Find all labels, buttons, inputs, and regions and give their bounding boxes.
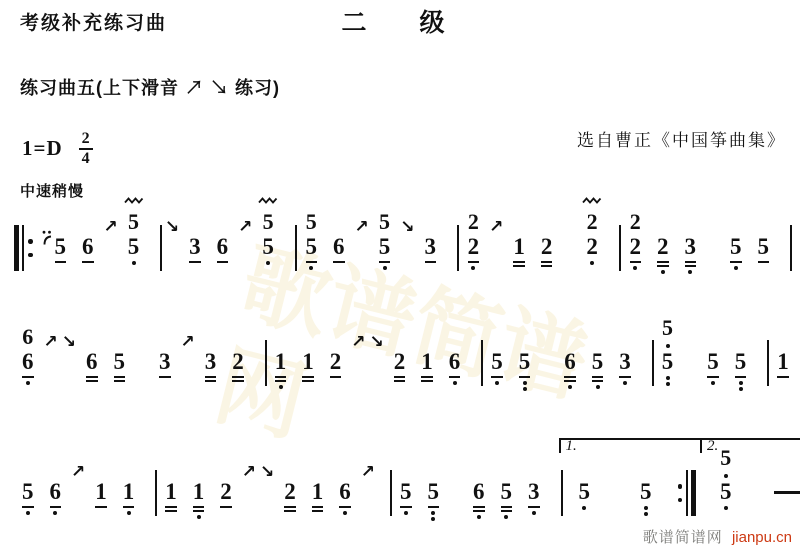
note-value: 1 [95, 480, 107, 503]
beam-line [275, 376, 287, 378]
beam-line [592, 376, 604, 378]
note: 5 [420, 480, 448, 521]
beam-group: 3 [151, 350, 179, 378]
note: 6 [465, 480, 493, 519]
repeat-end-barline [674, 470, 697, 516]
octave-dots [623, 381, 627, 385]
score-line: 56↗55↘36↗55556↗55↘322↗1222222355 [14, 199, 792, 274]
note: 1 [267, 350, 295, 389]
beam-line [421, 376, 433, 378]
note: 2 [276, 480, 304, 512]
beam-group: 55 [483, 350, 538, 391]
stacked-note-value: 5 [379, 211, 390, 233]
beam-group: 22 [460, 235, 488, 270]
note-value: 5 [592, 350, 604, 373]
note: 5 [483, 350, 511, 385]
repeat-start-barline [14, 225, 37, 271]
note-value: 5 [491, 350, 503, 373]
beam-line [564, 376, 576, 378]
beam-group: 653 [556, 350, 639, 389]
beam-line [50, 506, 62, 508]
gliss-up-arrow-icon: ↗ [238, 219, 252, 236]
note-value: 5 [22, 480, 34, 503]
stacked-note-value: 6 [22, 326, 33, 348]
note: 22 [622, 235, 650, 270]
gliss-down-arrow-icon: ↘ [400, 219, 414, 236]
beam-group: 55 [254, 235, 282, 265]
stacked-upper-note: 5 [371, 211, 399, 233]
note-value: 5 [501, 480, 513, 503]
beam-line [159, 376, 171, 378]
octave-dot [582, 506, 586, 510]
beam-group: 55 [699, 350, 754, 391]
beam-line [400, 506, 412, 508]
volta-bracket: 1. [559, 438, 703, 453]
measure: ↘36↗55 [163, 235, 297, 271]
watermark-site-name: 歌谱简谱网 [643, 529, 723, 546]
note-value: 1 [513, 235, 525, 258]
octave-dots [523, 381, 527, 391]
beam-line [394, 380, 406, 382]
note-value: 1 [302, 350, 314, 373]
octave-dots [688, 270, 692, 274]
note-value: 2 [394, 350, 406, 373]
note-value: 6 [473, 480, 485, 503]
beam-group: 55 [654, 350, 682, 386]
octave-dot [633, 266, 637, 270]
octave-dot [343, 511, 347, 515]
measure: 56↗11 [14, 480, 157, 516]
note: 5 [392, 480, 420, 515]
octave-dots [26, 511, 30, 515]
beam-line [95, 506, 107, 508]
note-value: 1 [777, 350, 789, 373]
gliss-up-arrow-icon: ↗ [355, 219, 369, 236]
octave-dots [132, 261, 136, 265]
note-value: 6 [449, 350, 461, 373]
gliss-down-arrow-icon: ↘ [62, 334, 76, 351]
octave-dot [26, 381, 30, 385]
note: 3 [611, 350, 639, 385]
note-value: 5 [428, 480, 440, 503]
octave-dots [711, 381, 715, 385]
stacked-upper-note: 5 [654, 317, 682, 348]
gliss-up-arrow-icon: ↗ [242, 464, 256, 481]
note: 5 [106, 350, 134, 382]
note: 2 [224, 350, 252, 382]
octave-dots [26, 381, 30, 385]
beam-group: 55 [392, 480, 447, 521]
beam-line [275, 380, 287, 382]
note-value: 1 [421, 350, 433, 373]
octave-dot [471, 266, 475, 270]
measure: 2.55 [704, 480, 800, 516]
octave-dots [734, 266, 738, 270]
note: 6 [325, 235, 353, 263]
note-value: 1 [123, 480, 135, 503]
octave-dots [383, 266, 387, 270]
beam-line [86, 376, 98, 378]
beam-group: 66 [14, 350, 42, 385]
beam-group: 36 [181, 235, 236, 263]
note-value: 5 [640, 480, 652, 503]
stacked-upper-note: 5 [712, 447, 740, 478]
gliss-down-arrow-icon: ↘ [260, 464, 274, 481]
octave-dots [453, 381, 457, 385]
octave-dots [197, 515, 201, 519]
octave-dots [431, 511, 435, 521]
beam-line [491, 376, 503, 378]
score-line: 66↗↘653↗32112↗↘2165565355551111 [14, 314, 792, 391]
note: 55 [371, 235, 399, 270]
note: 2 [649, 235, 677, 274]
octave-dot [383, 266, 387, 270]
beam-line [528, 506, 540, 508]
beam-group: 55 [371, 235, 399, 270]
beam-line [193, 506, 205, 508]
footer-watermark: 歌谱简谱网 jianpu.cn [643, 526, 792, 547]
octave-dots [596, 385, 600, 389]
beam-line [541, 261, 553, 263]
measure: 56↗55 [14, 235, 162, 271]
beam-line [758, 261, 770, 263]
octave-dot [532, 511, 536, 515]
beam-line [205, 380, 217, 382]
vibrato-icon [582, 191, 602, 209]
repeat-dot [678, 484, 683, 489]
octave-dots [471, 266, 475, 270]
beam-line [217, 261, 229, 263]
note: 5 [571, 480, 599, 510]
note: 5 [14, 480, 42, 515]
octave-dots [504, 515, 508, 519]
note-value: 2 [630, 235, 642, 258]
beam-line [619, 376, 631, 378]
note: 6 [556, 350, 584, 389]
beam-line [513, 261, 525, 263]
note-value: 5 [55, 235, 67, 258]
octave-dots [724, 506, 728, 510]
octave-dot [477, 515, 481, 519]
beam-line [394, 376, 406, 378]
measure: 55653 [392, 480, 563, 521]
octave-dot [504, 515, 508, 519]
note: 2 [212, 480, 240, 508]
note-value: 3 [425, 235, 437, 258]
octave-dot [623, 381, 627, 385]
page-title: 二 级 [0, 3, 800, 39]
beam-group: 55 [712, 480, 740, 510]
note: 1 [505, 235, 533, 267]
beam-line [165, 506, 177, 508]
stacked-note-value: 5 [662, 317, 673, 339]
note: 5 [699, 350, 727, 385]
note: 6 [74, 235, 102, 263]
note-value: 5 [262, 235, 274, 258]
note: 5 [584, 350, 612, 389]
beam-group: 112 [267, 350, 350, 389]
note: 3 [520, 480, 548, 515]
note: 6 [441, 350, 469, 385]
stacked-note-value: 2 [468, 211, 479, 233]
beam-line [82, 261, 94, 263]
note: 6 [209, 235, 237, 263]
note: 5 [750, 235, 778, 263]
beam-group: 556 [298, 235, 353, 270]
source-credit: 选自曹正《中国筝曲集》 [577, 126, 786, 151]
note: 3 [181, 235, 209, 263]
note-value: 2 [468, 235, 480, 258]
octave-dot [688, 270, 692, 274]
beam-line [473, 506, 485, 508]
beam-group: 3 [417, 235, 445, 263]
note: 2 [533, 235, 561, 267]
octave-dots [582, 506, 586, 510]
note: 1 [413, 350, 441, 382]
octave-dots [644, 506, 648, 516]
note: 2 [322, 350, 350, 378]
octave-dots [477, 515, 481, 519]
measure: 112↗↘216 [267, 350, 484, 389]
note-value: 5 [114, 350, 126, 373]
octave-dot [666, 376, 670, 380]
note: 3 [677, 235, 705, 274]
octave-dot [739, 387, 743, 391]
octave-dot [724, 506, 728, 510]
note-value: 5 [707, 350, 719, 373]
dash-note [774, 491, 800, 494]
note: 2 [386, 350, 414, 382]
volta-label: 1. [566, 439, 577, 454]
beam-line [735, 376, 747, 378]
note: 55 [654, 350, 682, 386]
beam-line [284, 510, 296, 512]
note-value: 3 [189, 235, 201, 258]
note-value: 3 [619, 350, 631, 373]
meter-numerator: 2 [79, 130, 93, 150]
beam-line [284, 506, 296, 508]
measure: 1111 [769, 350, 800, 386]
gliss-up-arrow-icon: ↗ [104, 219, 118, 236]
beam-line [232, 376, 244, 378]
gliss-up-arrow-icon: ↗ [351, 334, 365, 351]
note-value: 3 [685, 235, 697, 258]
note: 55 [712, 480, 740, 510]
note: 22 [578, 235, 606, 265]
note: 1 [294, 350, 322, 382]
huazhi-ornament-icon [40, 230, 53, 246]
measure: 55653 [483, 350, 654, 391]
beam-line [707, 376, 719, 378]
note: 5 [493, 480, 521, 519]
beam-group: 653 [465, 480, 548, 519]
note-value: 2 [232, 350, 244, 373]
beam-line [513, 265, 525, 267]
octave-dot [590, 261, 594, 265]
stacked-upper-note: 5 [254, 191, 282, 233]
stacked-note-value: 2 [587, 211, 598, 233]
note-value: 5 [720, 480, 732, 503]
octave-dot [127, 511, 131, 515]
beam-line [193, 510, 205, 512]
beam-line [564, 380, 576, 382]
note-value: 1 [165, 480, 177, 503]
note: 5 [511, 350, 539, 391]
octave-dot [568, 385, 572, 389]
beam-line [123, 506, 135, 508]
note-value: 2 [220, 480, 232, 503]
gliss-up-arrow-icon: ↗ [181, 334, 195, 351]
octave-dot [711, 381, 715, 385]
octave-dots [404, 511, 408, 515]
note: 3 [197, 350, 225, 382]
beam-line [501, 506, 513, 508]
note: 55 [120, 235, 148, 265]
score-line: 56↗11112↗↘216↗556531.552.55 [14, 444, 792, 521]
stacked-upper-note: 2 [460, 211, 488, 233]
note-value: 1 [312, 480, 324, 503]
beam-line [86, 380, 98, 382]
beam-line [232, 380, 244, 382]
note: 22 [460, 235, 488, 270]
beam-line [449, 376, 461, 378]
stacked-upper-note: 6 [14, 326, 42, 348]
repeat-dot [28, 253, 33, 258]
note-value: 6 [564, 350, 576, 373]
beam-line [306, 261, 318, 263]
beam-line [22, 376, 34, 378]
beam-line [519, 376, 531, 378]
octave-dot [495, 381, 499, 385]
note: 1 [304, 480, 332, 512]
octave-dots [495, 381, 499, 385]
octave-dot [734, 266, 738, 270]
beam-line [312, 510, 324, 512]
tempo-marking: 中速稍慢 [20, 180, 84, 201]
beam-group: 5 [571, 480, 599, 510]
beam-line [333, 261, 345, 263]
gliss-up-arrow-icon: ↗ [489, 219, 503, 236]
beam-group: 56 [14, 480, 69, 515]
note-value: 3 [528, 480, 540, 503]
meter-denominator: 4 [82, 150, 90, 168]
beam-line [55, 261, 67, 263]
beam-line [468, 261, 480, 263]
note-value: 5 [379, 235, 391, 258]
octave-dot [431, 517, 435, 521]
octave-dot [596, 385, 600, 389]
octave-dots [279, 385, 283, 389]
beam-group: 11 [87, 480, 142, 515]
key-signature: 1=D 2 4 [22, 130, 93, 167]
note: 3 [417, 235, 445, 263]
repeat-dots [28, 225, 33, 271]
beam-group: 32 [197, 350, 252, 382]
beam-line [657, 265, 669, 267]
beam-group: 11 [769, 350, 800, 385]
watermark-site-url: jianpu.cn [732, 529, 792, 546]
note-value: 6 [86, 350, 98, 373]
barline [790, 225, 792, 271]
beam-line [302, 376, 314, 378]
note-value: 2 [330, 350, 342, 373]
octave-dots [739, 381, 743, 391]
beam-line [114, 380, 126, 382]
octave-dot [724, 474, 728, 478]
beam-group: 216 [386, 350, 469, 385]
octave-dot [309, 266, 313, 270]
note-value: 6 [333, 235, 345, 258]
beam-line [205, 376, 217, 378]
beam-group: 56 [47, 235, 102, 263]
octave-dot [661, 270, 665, 274]
note-value: 5 [758, 235, 770, 258]
note-value: 3 [159, 350, 171, 373]
measure: 66↗↘653↗32 [14, 350, 267, 386]
note-value: 5 [735, 350, 747, 373]
note: 5 [47, 235, 75, 263]
exercise-subtitle: 练习曲五(上下滑音 ↗ ↘ 练习) [20, 74, 280, 100]
gliss-down-arrow-icon: ↘ [370, 334, 384, 351]
beam-group: 55 [120, 235, 148, 265]
octave-dots [127, 511, 131, 515]
beam-line [657, 261, 669, 263]
beam-line [379, 261, 391, 263]
octave-dot [453, 381, 457, 385]
note-value: 5 [519, 350, 531, 373]
note-value: 6 [82, 235, 94, 258]
beam-line [421, 380, 433, 382]
beam-line [592, 380, 604, 382]
octave-dots [343, 511, 347, 515]
beam-group: 55 [722, 235, 777, 270]
note-value: 5 [400, 480, 412, 503]
repeat-dot [28, 239, 33, 244]
note: 5 [632, 480, 660, 516]
gliss-down-arrow-icon: ↘ [165, 219, 179, 236]
measure: 22↗1222 [460, 235, 621, 271]
note: 5 [722, 235, 750, 270]
note-value: 6 [50, 480, 62, 503]
beam-line [730, 261, 742, 263]
octave-dot [26, 511, 30, 515]
note-value: 5 [579, 480, 591, 503]
gliss-up-arrow-icon: ↗ [44, 334, 58, 351]
note-value: 1 [275, 350, 287, 373]
measure: 222355 [622, 235, 793, 274]
note: 3 [151, 350, 179, 378]
octave-dots [661, 270, 665, 274]
stacked-upper-note: 2 [622, 211, 650, 233]
beam-line [630, 261, 642, 263]
beam-line [777, 376, 789, 378]
octave-dot [266, 261, 270, 265]
octave-dot [523, 387, 527, 391]
beam-group: 2223 [622, 235, 705, 274]
tonic-label: 1=D [22, 136, 63, 161]
note: 6 [331, 480, 359, 515]
stacked-note-value: 5 [306, 211, 317, 233]
beam-group: 22 [578, 235, 606, 265]
beam-group: 65 [78, 350, 133, 382]
octave-dot [404, 511, 408, 515]
stacked-note-value: 5 [263, 211, 274, 233]
note-value: 5 [730, 235, 742, 258]
note: 1 [157, 480, 185, 512]
beam-line [473, 510, 485, 512]
note-value: 6 [339, 480, 351, 503]
note-value: 2 [657, 235, 669, 258]
